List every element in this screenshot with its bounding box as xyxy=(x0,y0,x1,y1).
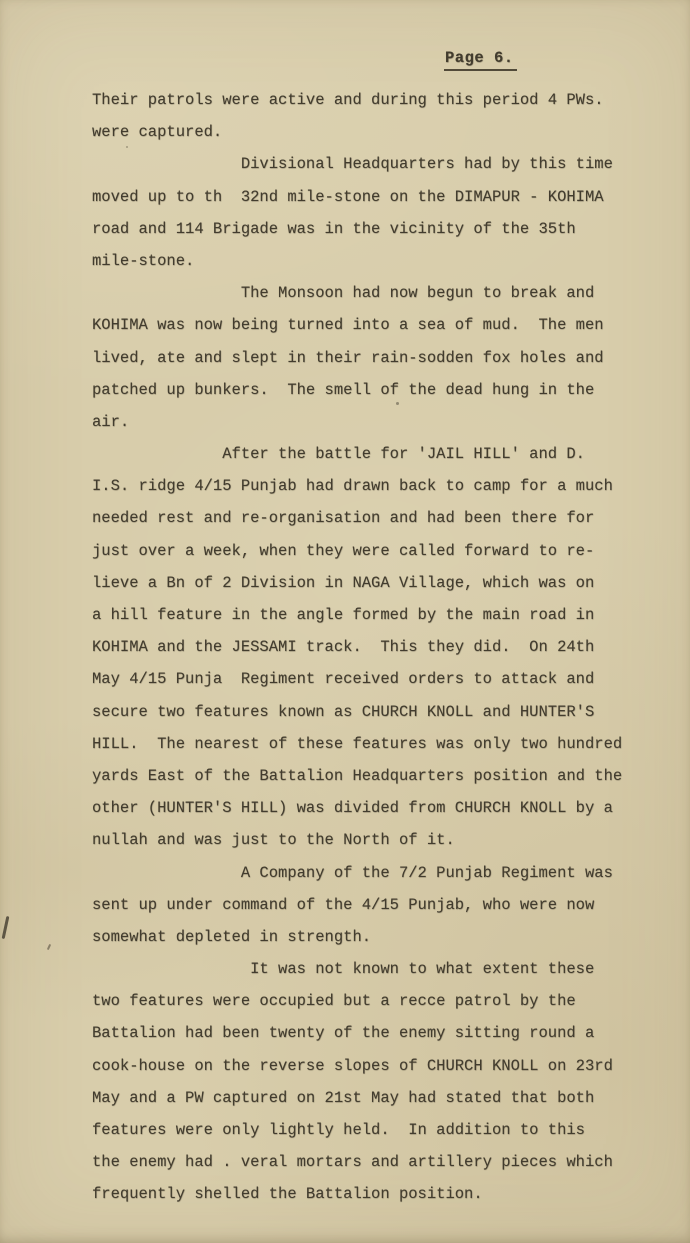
text-line: somewhat depleted in strength. xyxy=(92,921,667,953)
text-line: just over a week, when they were called … xyxy=(92,535,667,567)
text-line: patched up bunkers. The smell of the dea… xyxy=(92,374,667,406)
text-line: a hill feature in the angle formed by th… xyxy=(92,599,667,631)
text-line: frequently shelled the Battalion positio… xyxy=(92,1178,667,1210)
text-line: sent up under command of the 4/15 Punjab… xyxy=(92,889,667,921)
text-line: nullah and was just to the North of it. xyxy=(92,824,667,856)
text-line: air. xyxy=(92,406,667,438)
text-line: features were only lightly held. In addi… xyxy=(92,1114,667,1146)
text-line: KOHIMA and the JESSAMI track. This they … xyxy=(92,631,667,663)
text-line: Battalion had been twenty of the enemy s… xyxy=(92,1017,667,1049)
text-line: May 4/15 Punja Regiment received orders … xyxy=(92,663,667,695)
text-line: HILL. The nearest of these features was … xyxy=(92,728,667,760)
pen-mark xyxy=(2,916,9,939)
text-line: road and 114 Brigade was in the vicinity… xyxy=(92,213,667,245)
ink-speck xyxy=(396,402,399,405)
text-line: mile-stone. xyxy=(92,245,667,277)
page-number: Page 6. xyxy=(444,49,517,67)
text-line: Their patrols were active and during thi… xyxy=(92,84,667,116)
document-page: Page 6. Their patrols were active and du… xyxy=(0,0,690,1243)
text-line: Divisional Headquarters had by this time xyxy=(92,148,667,180)
text-line: The Monsoon had now begun to break and xyxy=(92,277,667,309)
text-line: cook-house on the reverse slopes of CHUR… xyxy=(92,1050,667,1082)
text-line: May and a PW captured on 21st May had st… xyxy=(92,1082,667,1114)
text-line: After the battle for 'JAIL HILL' and D. xyxy=(92,438,667,470)
text-line: were captured. xyxy=(92,116,667,148)
text-line: the enemy had . veral mortars and artill… xyxy=(92,1146,667,1178)
text-line: lieve a Bn of 2 Division in NAGA Village… xyxy=(92,567,667,599)
text-line: secure two features known as CHURCH KNOL… xyxy=(92,696,667,728)
page-number-label: Page 6. xyxy=(444,49,517,71)
text-line: KOHIMA was now being turned into a sea o… xyxy=(92,309,667,341)
text-line: yards East of the Battalion Headquarters… xyxy=(92,760,667,792)
text-line: needed rest and re-organisation and had … xyxy=(92,502,667,534)
text-line: two features were occupied but a recce p… xyxy=(92,985,667,1017)
text-line: It was not known to what extent these xyxy=(92,953,667,985)
text-line: A Company of the 7/2 Punjab Regiment was xyxy=(92,857,667,889)
text-line: other (HUNTER'S HILL) was divided from C… xyxy=(92,792,667,824)
document-body: Their patrols were active and during thi… xyxy=(92,84,667,1211)
ink-speck xyxy=(47,944,51,950)
text-line: lived, ate and slept in their rain-sodde… xyxy=(92,342,667,374)
text-line: moved up to th 32nd mile-stone on the DI… xyxy=(92,181,667,213)
text-line: I.S. ridge 4/15 Punjab had drawn back to… xyxy=(92,470,667,502)
ink-speck xyxy=(126,146,128,148)
